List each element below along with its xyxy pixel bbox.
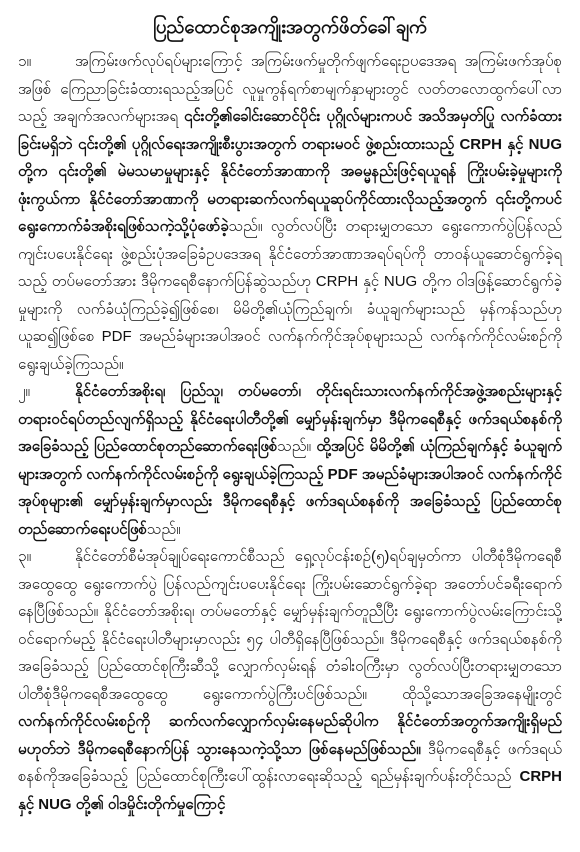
paragraph-number: ၃။ (18, 543, 75, 571)
paragraph: ၁။အကြမ်းဖက်လုပ်ရပ်များကြောင့် အကြမ်းဖက်မ… (18, 48, 562, 378)
text-segment: နိုင်ငံတော်စီမံအုပ်ချုပ်ရေးကောင်စီသည် ရှ… (18, 548, 562, 703)
paragraph-number: ၁။ (18, 48, 75, 76)
paragraph-number: ၂။ (18, 378, 75, 406)
paragraph: ၃။နိုင်ငံတော်စီမံအုပ်ချုပ်ရေးကောင်စီသည် … (18, 543, 562, 818)
document-body: ၁။အကြမ်းဖက်လုပ်ရပ်များကြောင့် အကြမ်းဖက်မ… (18, 48, 562, 818)
document-page: ပြည်ထောင်စုအကျိုးအတွက်ဖိတ်ခေါ်ချက် ၁။အကြ… (0, 0, 580, 852)
page-title: ပြည်ထောင်စုအကျိုးအတွက်ဖိတ်ခေါ်ချက် (18, 14, 562, 40)
paragraph: ၂။နိုင်ငံတော်အစိုးရ၊ ပြည်သူ၊ တပ်မတော်၊ တ… (18, 378, 562, 543)
text-segment: သည်။ (147, 521, 181, 538)
text-segment: ၎င်းတို့၏ခေါင်းဆောင်ပိုင်း ပုဂ္ဂိုလ်များ… (18, 108, 562, 235)
text-segment: သည်။ (277, 438, 316, 455)
text-segment: သည်။ လွတ်လပ်ပြီး တရားမျှတသော ရွေးကောက်ပွ… (18, 218, 562, 373)
